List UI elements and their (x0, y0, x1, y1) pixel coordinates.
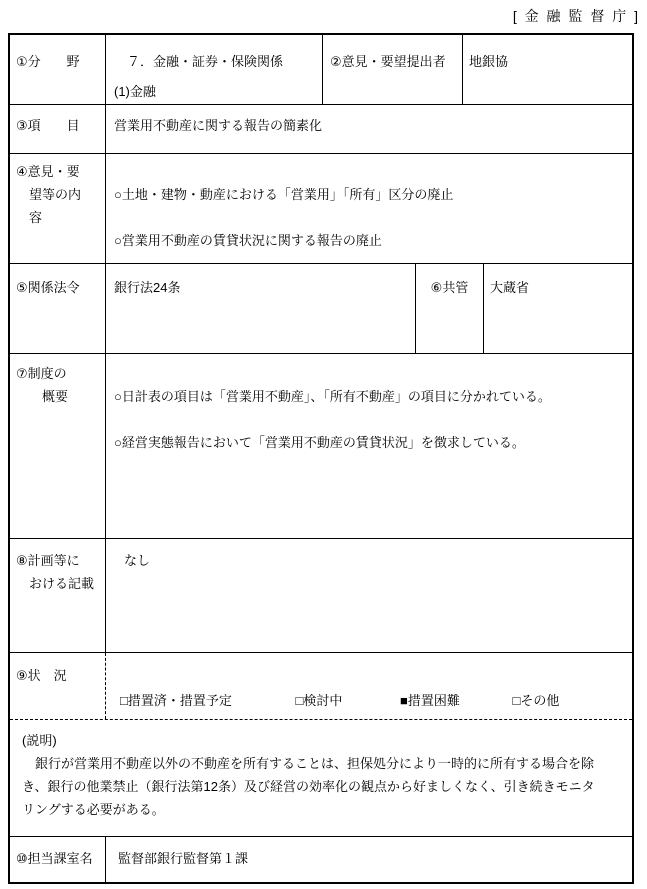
field5-value: 銀行法24条 (106, 264, 416, 353)
row-field-plan-description: ⑧計画等に おける記載 なし (10, 539, 632, 653)
row-field-system-overview: ⑦制度の 概要 ○日計表の項目は「営業用不動産」、「所有不動産」の項目に分かれて… (10, 354, 632, 539)
form-table: ①分 野 ７．金融・証券・保険関係 (1)金融 ②意見・要望提出者 地銀協 ③項… (8, 33, 634, 884)
field9-value: □措置済・措置予定 □検討中 ■措置困難 □その他 (実施（予定）時期： ） (106, 653, 632, 719)
field9-label: ⑨状 況 (10, 653, 106, 719)
field1-label: ①分 野 (10, 35, 106, 104)
row-field-category: ①分 野 ７．金融・証券・保険関係 (1)金融 ②意見・要望提出者 地銀協 (10, 35, 632, 105)
explanation-title: (説明) (22, 729, 620, 752)
field4-item: ○土地・建物・動産における「営業用」「所有」区分の廃止 (114, 183, 632, 206)
explanation-body: 銀行が営業用不動産以外の不動産を所有することは、担保処分により一時的に所有する場… (22, 752, 620, 821)
field7-item: ○日計表の項目は「営業用不動産」、「所有不動産」の項目に分かれている。 (114, 385, 632, 408)
status-option-label: 検討中 (303, 693, 342, 708)
explanation-block: (説明) 銀行が営業用不動産以外の不動産を所有することは、担保処分により一時的に… (10, 720, 632, 836)
field2-value: 地銀協 (463, 35, 632, 104)
status-option-measures-difficult: ■措置困難 (400, 688, 460, 713)
field8-label: ⑧計画等に おける記載 (10, 539, 106, 652)
field2-label: ②意見・要望提出者 (323, 35, 463, 104)
checkbox-checked-icon: ■ (400, 688, 408, 713)
row-explanation: (説明) 銀行が営業用不動産以外の不動産を所有することは、担保処分により一時的に… (10, 720, 632, 837)
row-field-item: ③項 目 営業用不動産に関する報告の簡素化 (10, 105, 632, 154)
checkbox-unchecked-icon: □ (120, 688, 128, 713)
field10-value: 監督部銀行監督第１課 (106, 837, 632, 882)
field4-value: ○土地・建物・動産における「営業用」「所有」区分の廃止 ○営業用不動産の賃貸状況… (106, 154, 632, 263)
field7-label: ⑦制度の 概要 (10, 354, 106, 538)
field7-value: ○日計表の項目は「営業用不動産」、「所有不動産」の項目に分かれている。 ○経営実… (106, 354, 632, 538)
status-option-under-review: □検討中 (296, 688, 343, 713)
field10-label: ⑩担当課室名 (10, 837, 106, 882)
status-option-label: 措置済・措置予定 (128, 693, 232, 708)
document-page: [ 金 融 監 督 庁 ] ①分 野 ７．金融・証券・保険関係 (1)金融 ②意… (0, 0, 647, 889)
field7-item: ○経営実態報告において「営業用不動産の賃貸状況」を徴求している。 (114, 431, 632, 454)
row-field-request-content: ④意見・要 望等の内 容 ○土地・建物・動産における「営業用」「所有」区分の廃止… (10, 154, 632, 264)
row-field-responsible-division: ⑩担当課室名 監督部銀行監督第１課 (10, 837, 632, 882)
field6-label: ⑥共管 (416, 264, 484, 353)
status-option-label: 措置困難 (408, 693, 460, 708)
status-option-other: □その他 (513, 688, 560, 713)
field3-value: 営業用不動産に関する報告の簡素化 (106, 105, 632, 153)
field3-label: ③項 目 (10, 105, 106, 153)
row-field-status: ⑨状 況 □措置済・措置予定 □検討中 ■措置困難 □その他 (実施（予定）時期… (10, 653, 632, 720)
status-option-measures-done: □措置済・措置予定 (120, 688, 232, 713)
status-options: □措置済・措置予定 □検討中 ■措置困難 □その他 (114, 688, 632, 713)
field1-value: ７．金融・証券・保険関係 (1)金融 (106, 35, 323, 104)
field6-value: 大蔵省 (484, 264, 632, 353)
field4-item: ○営業用不動産の賃貸状況に関する報告の廃止 (114, 229, 632, 252)
status-option-label: その他 (520, 693, 559, 708)
row-field-laws: ⑤関係法令 銀行法24条 ⑥共管 大蔵省 (10, 264, 632, 354)
field4-label: ④意見・要 望等の内 容 (10, 154, 106, 263)
agency-header: [ 金 融 監 督 庁 ] (513, 6, 640, 26)
field5-label: ⑤関係法令 (10, 264, 106, 353)
field8-value: なし (106, 539, 632, 652)
